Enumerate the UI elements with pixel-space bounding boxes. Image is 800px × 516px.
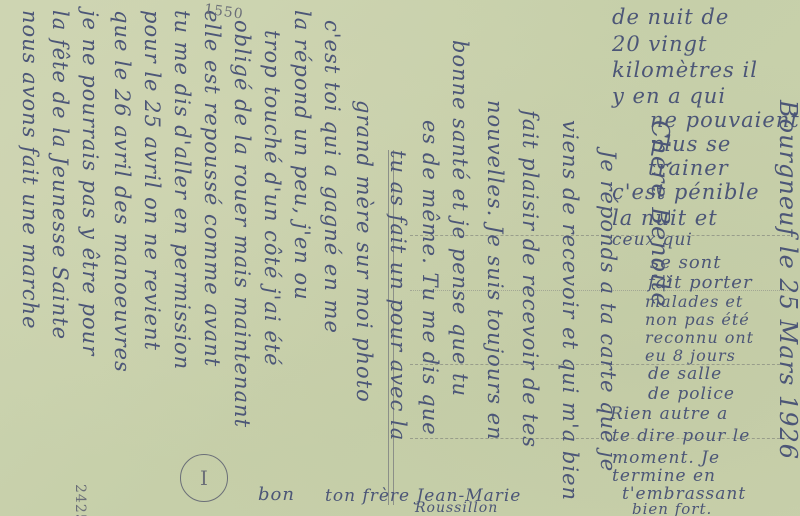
circled-mark-label: I bbox=[200, 466, 208, 490]
message-line: que le 26 avril des manoeuvres bbox=[111, 10, 132, 373]
message-line-h: malades et bbox=[645, 292, 743, 311]
message-line-h: eu 8 jours bbox=[645, 346, 736, 365]
message-line-h: c'est pénible bbox=[612, 180, 760, 204]
circled-mark: I bbox=[180, 454, 228, 502]
message-line-h: y en a qui bbox=[612, 84, 726, 108]
message-line-h: kilomètres il bbox=[612, 58, 758, 82]
message-line-h: ne pouvaient bbox=[650, 108, 800, 132]
message-line-h: se sont bbox=[650, 252, 722, 273]
message-line: fait plaisir de recevoir de tes bbox=[519, 110, 540, 448]
message-line-h: de police bbox=[648, 384, 735, 404]
message-line: trop touché d'un côté j'ai été bbox=[261, 30, 282, 367]
message-line-h: de salle bbox=[648, 364, 722, 384]
message-line-h: bien fort. bbox=[632, 500, 712, 516]
message-line: bonne santé et je pense que tu bbox=[449, 40, 470, 397]
message-line-h: non pas été bbox=[645, 310, 750, 329]
date-line: Bourgneuf le 25 Mars 1926 bbox=[776, 100, 800, 460]
signature-prefix: bon bbox=[258, 484, 295, 505]
message-line-h: reconnu ont bbox=[645, 328, 754, 347]
message-line: c'est toi qui a gagné en me bbox=[321, 20, 342, 334]
message-line-h: la nuit et bbox=[612, 206, 718, 230]
message-line-h: trainer bbox=[648, 156, 729, 180]
message-line: es de même. Tu me dis que bbox=[419, 120, 440, 436]
message-line: la répond un peu, j'en ou bbox=[291, 10, 312, 301]
message-line-h: de nuit de bbox=[612, 5, 729, 29]
message-line: tu me dis d'aller en permission bbox=[171, 10, 192, 370]
message-line: obligé de la rouer mais maintenant bbox=[231, 20, 252, 428]
message-line-h: Rien autre a bbox=[610, 404, 728, 424]
archive-number-bottom: 2425 bbox=[72, 484, 88, 516]
postcard: Je réponds a ta carte que je viens de re… bbox=[0, 0, 800, 516]
message-line: je ne pourrais pas y être pour bbox=[79, 10, 100, 356]
message-line: viens de recevoir et qui m'a bien bbox=[559, 120, 580, 501]
message-line: grand mère sur moi photo bbox=[353, 100, 374, 403]
message-line-h: ceux qui bbox=[612, 230, 693, 250]
message-line-h: te dire pour le bbox=[612, 426, 750, 446]
message-line-h: fait porter bbox=[648, 272, 753, 293]
message-line-h: termine en bbox=[612, 466, 716, 486]
message-line-h: moment. Je bbox=[612, 448, 720, 468]
message-line-h: 20 vingt bbox=[612, 32, 707, 56]
message-line: elle est repoussé comme avant bbox=[201, 10, 222, 367]
signature-place: Roussillon bbox=[415, 500, 498, 516]
message-line: pour le 25 avril on ne revient bbox=[141, 10, 162, 351]
message-line-h: plus se bbox=[650, 132, 731, 156]
message-line: nouvelles. Je suis toujours en bbox=[484, 100, 505, 441]
message-line: la fête de la Jeunesse Sainte bbox=[49, 10, 70, 340]
message-line: tu as fait un pour avec la bbox=[387, 150, 408, 441]
message-line: nous avons fait une marche bbox=[19, 10, 40, 330]
